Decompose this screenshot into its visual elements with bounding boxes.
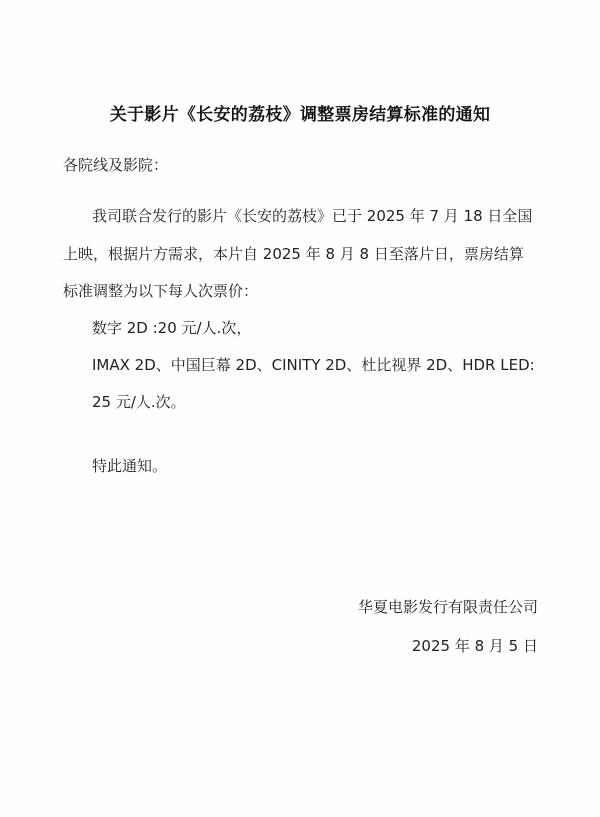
signature-organization: 华夏电影发行有限责任公司: [358, 597, 538, 617]
document-title: 关于影片《长安的荔枝》调整票房结算标准的通知: [0, 100, 600, 125]
body-line-1: 我司联合发行的影片《长安的荔枝》已于 2025 年 7 月 18 日全国: [92, 206, 532, 226]
salutation: 各院线及影院：: [63, 155, 168, 175]
body-line-3: 标准调整为以下每人次票价：: [63, 281, 258, 301]
body-line-2: 上映，根据片方需求，本片自 2025 年 8 月 8 日至落片日，票房结算: [63, 244, 524, 264]
price-line-premium-price: 25 元/人.次。: [92, 392, 186, 412]
price-line-digital-2d: 数字 2D :20 元/人.次，: [92, 318, 251, 338]
signature-date: 2025 年 8 月 5 日: [412, 636, 538, 656]
notice-document: 关于影片《长安的荔枝》调整票房结算标准的通知 各院线及影院： 我司联合发行的影片…: [0, 0, 600, 817]
closing-remark: 特此通知。: [92, 456, 167, 476]
price-line-premium-formats: IMAX 2D、中国巨幕 2D、CINITY 2D、杜比视界 2D、HDR LE…: [92, 355, 535, 375]
